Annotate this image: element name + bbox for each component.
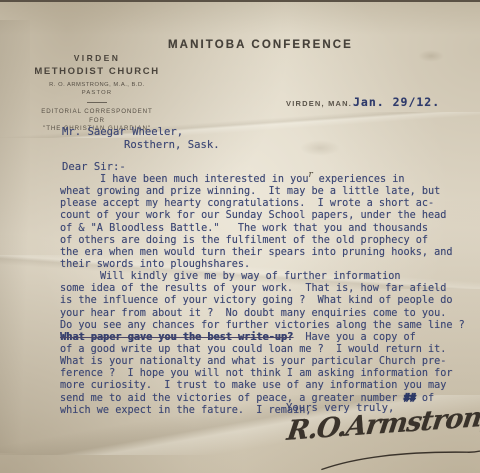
letter-line: the era when men would turn their spears… xyxy=(60,247,464,259)
letter-line: is the influence of your victory going ?… xyxy=(60,295,464,307)
pastor-name: R. O. ARMSTRONG, M.A., B.D. xyxy=(18,82,176,88)
line-text: Have you a copy of xyxy=(293,332,416,343)
conference-title: MANITOBA CONFERENCE xyxy=(168,39,353,51)
place-line: VIRDEN, MAN. xyxy=(286,99,352,108)
church-name-line2: METHODIST CHURCH xyxy=(18,66,176,77)
struck-phrase: What paper gave you the best write-up? xyxy=(60,332,293,343)
letter-line: some idea of the results of your work. T… xyxy=(60,283,464,295)
letter-line: more curiosity. I trust to make use of a… xyxy=(60,380,464,392)
line-text: I have been much interested in you xyxy=(100,174,309,185)
handwritten-insert-r: r xyxy=(309,169,313,181)
letter-line: send me to aid the victories of peace, a… xyxy=(60,393,464,405)
letter-line: Will kindly give me by way of further in… xyxy=(60,271,464,283)
pastor-title: PASTOR xyxy=(18,90,176,96)
letter-line: your hear from about it ? No doubt many … xyxy=(60,308,464,320)
role-line2: FOR xyxy=(18,117,176,124)
line-text: experiences in xyxy=(313,174,405,185)
line-text: of xyxy=(416,393,434,404)
role-line1: EDITORIAL CORRESPONDENT xyxy=(18,108,176,115)
overtyped-blot: ## xyxy=(403,393,415,404)
letter-line: What is your nationalty and what is your… xyxy=(60,356,464,368)
letter-line: their swords into ploughshares. xyxy=(60,259,464,271)
letter-body: I have been much interested in your expe… xyxy=(60,174,464,417)
letter-scan: { "letterhead": { "church_name_line1": "… xyxy=(0,0,480,473)
letterhead-divider xyxy=(87,102,107,103)
letter-line: Do you see any chances for further victo… xyxy=(60,320,464,332)
letter-line: count of your work for our Sunday School… xyxy=(60,210,464,222)
letterhead-block: VIRDEN METHODIST CHURCH R. O. ARMSTRONG,… xyxy=(18,53,176,132)
letter-line: I have been much interested in your expe… xyxy=(60,174,464,186)
letter-line: What paper gave you the best write-up? H… xyxy=(60,332,464,344)
letter-line: of a good write up that you could loan m… xyxy=(60,344,464,356)
church-name-line1: VIRDEN xyxy=(18,53,176,63)
letter-line: wheat growing and prize winning. It may … xyxy=(60,186,464,198)
letter-line: please accept my hearty congratulations.… xyxy=(60,198,464,210)
letter-line: of & "A Bloodless Battle." The work that… xyxy=(60,223,464,235)
letter-line: ference ? I hope you will not think I am… xyxy=(60,368,464,380)
date-line: Jan. 29/12. xyxy=(353,95,440,109)
salutation: Dear Sir:- xyxy=(62,161,126,173)
recipient-address: Rosthern, Sask. xyxy=(124,139,220,151)
recipient-name: Mr. Saegar Wheeler, xyxy=(62,126,183,138)
letter-line: of others are doing is the fulfilment of… xyxy=(60,235,464,247)
